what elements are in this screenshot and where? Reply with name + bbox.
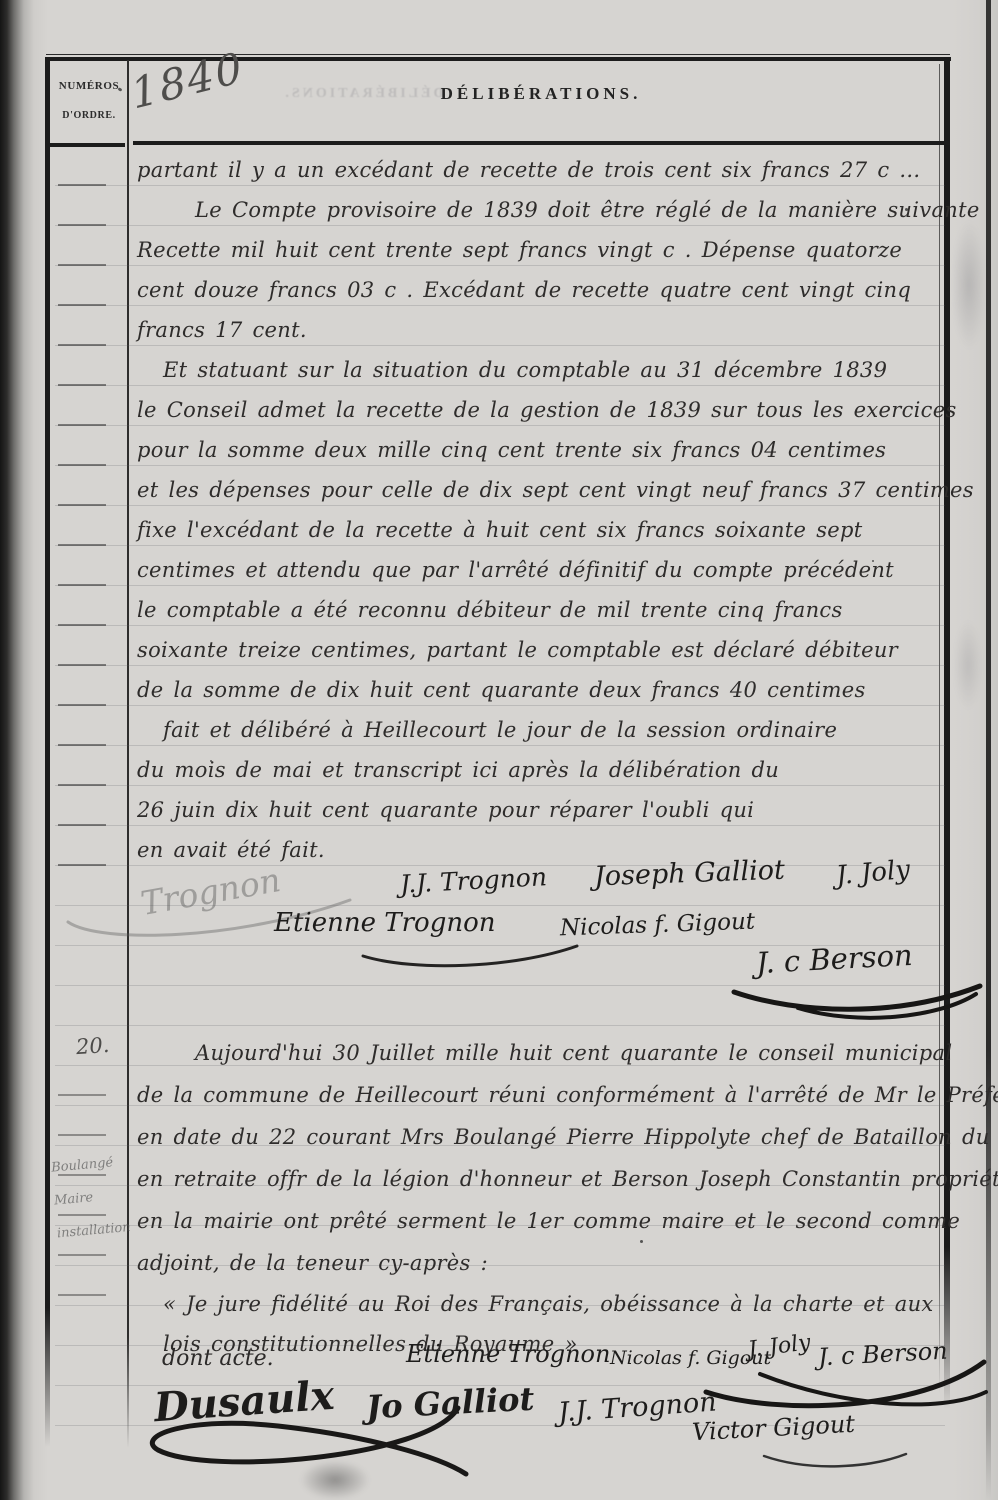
entry-number: 20. bbox=[75, 1033, 110, 1059]
text-line: fixe l'excédant de la recette à huit cen… bbox=[137, 510, 943, 550]
margin-tick-marks-entry1 bbox=[58, 146, 106, 872]
ink-speck bbox=[210, 760, 212, 762]
entry1-text: partant il y a un excédant de recette de… bbox=[137, 150, 943, 870]
victor-flourish bbox=[760, 1450, 910, 1474]
text-line: le comptable a été reconnu débiteur de m… bbox=[137, 590, 943, 630]
oath-line: « Je jure fidélité au Roi des Français, … bbox=[137, 1284, 943, 1324]
entry2-text: Aujourd'hui 30 Juillet mille huit cent q… bbox=[137, 1032, 943, 1284]
ink-speck bbox=[872, 560, 874, 562]
signature-etienne-trognon-2: Etienne Trognon bbox=[406, 1340, 610, 1368]
berson-flourish bbox=[728, 974, 990, 1022]
page-title: DÉLIBÉRATIONS. bbox=[132, 84, 950, 104]
text-line: soixante treize centimes, partant le com… bbox=[137, 630, 943, 670]
margin-note: Boulangé Maire installation bbox=[50, 1145, 138, 1251]
order-column-header-line2: D'ORDRE. bbox=[50, 110, 128, 121]
text-line: en date du 22 courant Mrs Boulangé Pierr… bbox=[137, 1116, 943, 1158]
closing-dont-acte: dont acte. bbox=[162, 1346, 274, 1371]
ink-speck bbox=[640, 1240, 643, 1243]
signature-etienne-trognon: Etienne Trognon bbox=[274, 908, 495, 938]
ink-smudge bbox=[300, 1460, 370, 1500]
register-page-scan: NUMÉROS D'ORDRE. DÉLIBÉRATIONS. DÉLIBÉRA… bbox=[0, 0, 998, 1500]
text-line: Aujourd'hui 30 Juillet mille huit cent q… bbox=[137, 1032, 943, 1074]
text-line: le Conseil admet la recette de la gestio… bbox=[137, 390, 943, 430]
text-line: en retraite offr de la légion d'honneur … bbox=[137, 1158, 943, 1200]
ink-speck bbox=[905, 208, 908, 211]
text-line: Le Compte provisoire de 1839 doit être r… bbox=[137, 190, 943, 230]
ink-bleed-smudge bbox=[952, 220, 986, 350]
berson-flourish-2 bbox=[700, 1352, 992, 1418]
text-line: Recette mil huit cent trente sept francs… bbox=[137, 230, 943, 270]
header-separator-main bbox=[133, 141, 950, 145]
text-line: de la somme de dix huit cent quarante de… bbox=[137, 670, 943, 710]
text-line: en la mairie ont prêté serment le 1er co… bbox=[137, 1200, 943, 1242]
text-line: cent douze francs 03 c . Excédant de rec… bbox=[137, 270, 943, 310]
order-column-header-line1: NUMÉROS bbox=[50, 80, 128, 92]
text-line: partant il y a un excédant de recette de… bbox=[137, 150, 943, 190]
binding-left-edge bbox=[0, 0, 48, 1500]
text-line: fait et délibéré à Heillecourt le jour d… bbox=[137, 710, 943, 750]
text-line: adjoint, de la teneur cy-après : bbox=[137, 1242, 943, 1284]
text-line: 26 juin dix huit cent quarante pour répa… bbox=[137, 790, 943, 830]
text-line: centimes et attendu que par l'arrêté déf… bbox=[137, 550, 943, 590]
etienne-flourish bbox=[355, 940, 585, 976]
text-line: du mois de mai et transcript ici après l… bbox=[137, 750, 943, 790]
text-line: et les dépenses pour celle de dix sept c… bbox=[137, 470, 943, 510]
ink-bleed-smudge bbox=[954, 620, 982, 710]
frame-top-thin-rule bbox=[46, 54, 950, 55]
margin-note-line: installation bbox=[56, 1210, 139, 1250]
text-line: Et statuant sur la situation du comptabl… bbox=[137, 350, 943, 390]
signature-j-joly: J. Joly bbox=[835, 855, 911, 891]
text-line: de la commune de Heillecourt réuni confo… bbox=[137, 1074, 943, 1116]
frame-left-rule bbox=[45, 57, 50, 1447]
text-line: francs 17 cent. bbox=[137, 310, 943, 350]
book-fold-line bbox=[986, 0, 991, 1500]
text-line: pour la somme deux mille cinq cent trent… bbox=[137, 430, 943, 470]
